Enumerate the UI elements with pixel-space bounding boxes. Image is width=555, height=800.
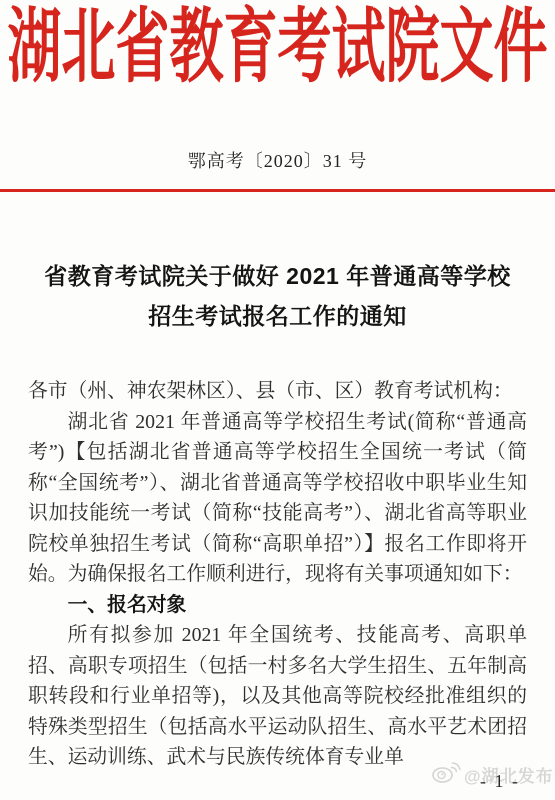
- salutation: 各市（州、神农架林区）、县（市、区）教育考试机构：: [28, 376, 527, 407]
- weibo-logo-icon: [431, 760, 461, 789]
- document-title-line1: 省教育考试院关于做好 2021 年普通高等学校: [0, 256, 555, 296]
- section-heading-registration-targets: 一、报名对象: [28, 590, 527, 621]
- document-body: 各市（州、神农架林区）、县（市、区）教育考试机构： 湖北省 2021 年普通高等…: [28, 376, 527, 773]
- page-number: - 1 -: [470, 771, 530, 792]
- letterhead-title: 湖北省教育考试院文件: [0, 7, 555, 88]
- document-title-line2: 招生考试报名工作的通知: [0, 296, 555, 336]
- red-divider-line: [0, 189, 555, 192]
- document-page: 湖北省教育考试院文件 鄂高考〔2020〕31 号 省教育考试院关于做好 2021…: [0, 0, 555, 800]
- paragraph-intro: 湖北省 2021 年普通高等学校招生考试(简称“普通高考”)【包括湖北省普通高等…: [28, 407, 527, 590]
- paragraph-registration-targets: 所有拟参加 2021 年全国统考、技能高考、高职单招、高职专项招生（包括一村多名…: [28, 620, 527, 773]
- document-title: 省教育考试院关于做好 2021 年普通高等学校 招生考试报名工作的通知: [0, 256, 555, 336]
- document-number: 鄂高考〔2020〕31 号: [0, 147, 555, 173]
